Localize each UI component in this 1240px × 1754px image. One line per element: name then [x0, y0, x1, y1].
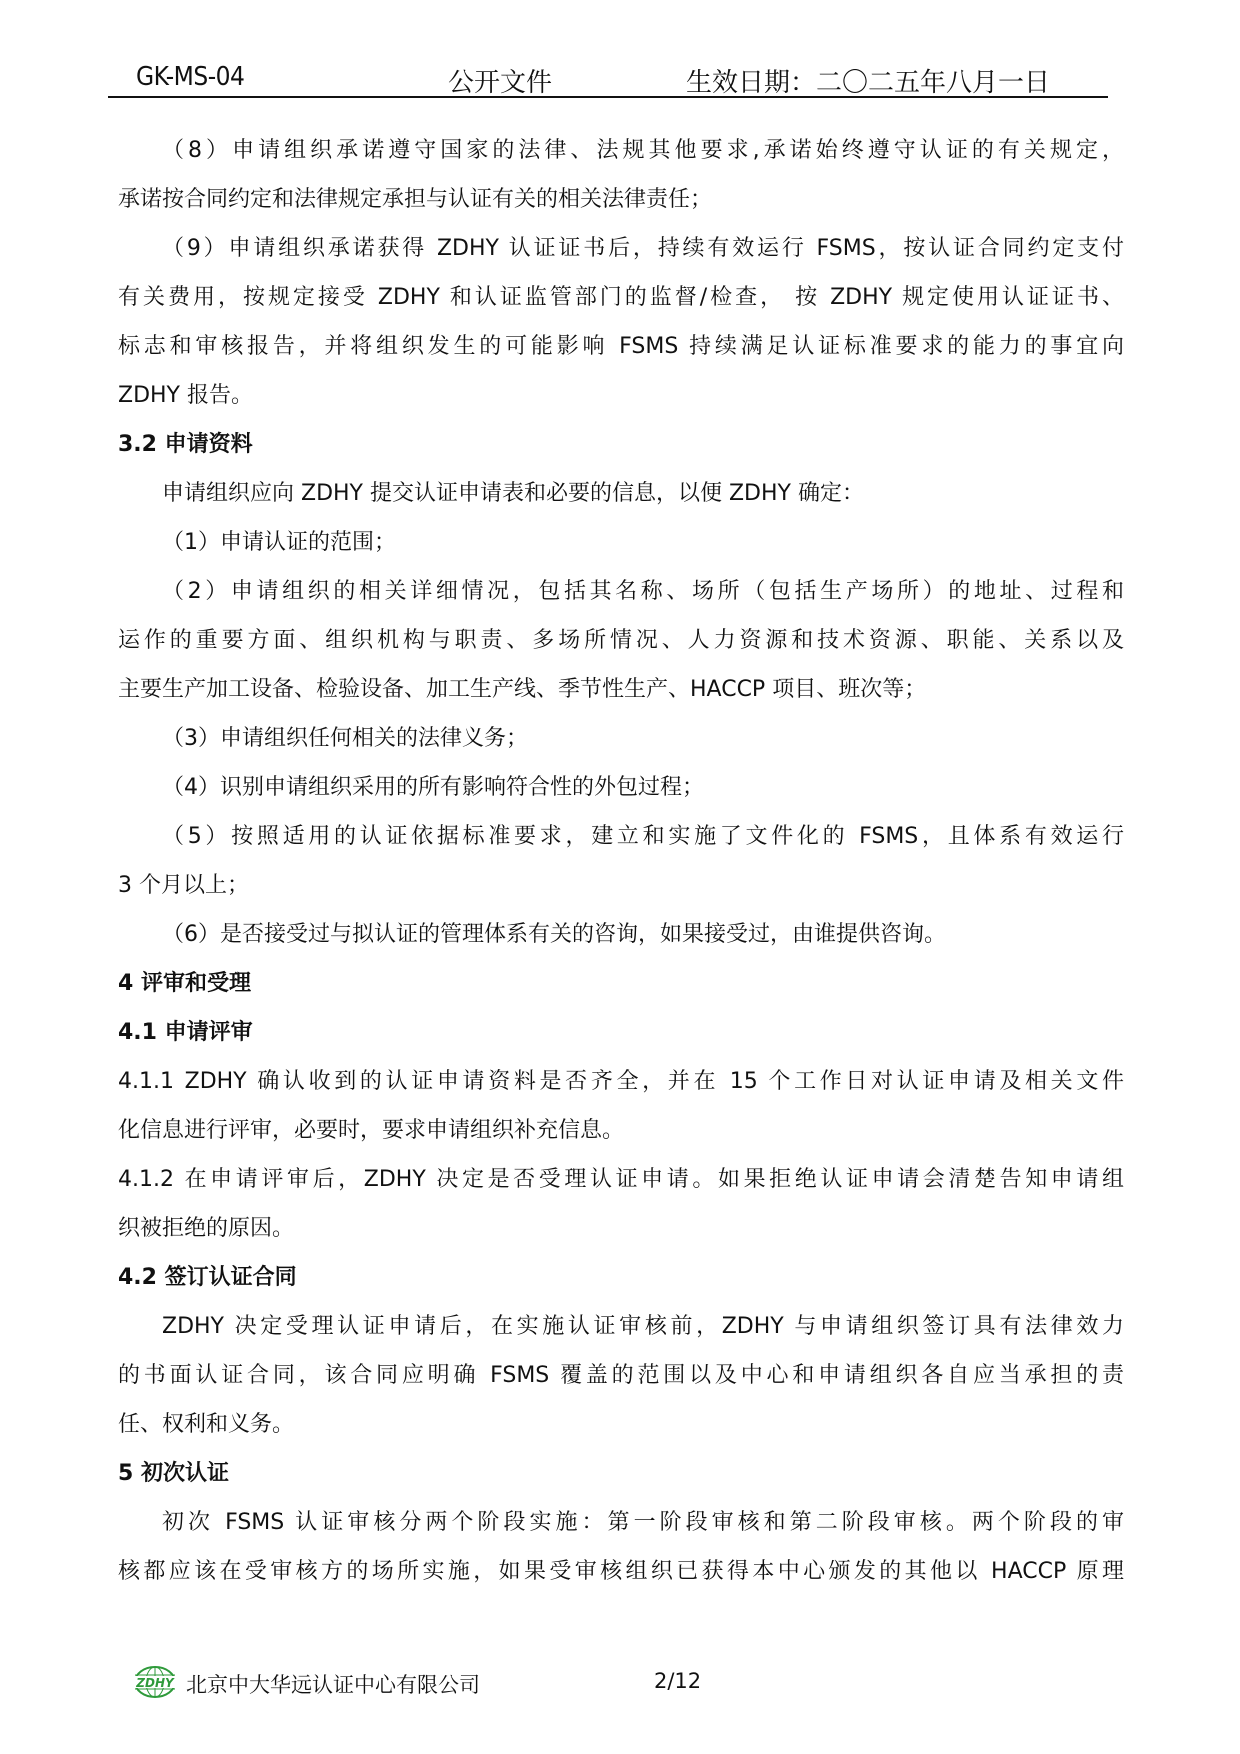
- section-heading: 3.2 申请资料: [118, 420, 1124, 469]
- paragraph-line: 任、权利和义务。: [118, 1400, 1124, 1449]
- list-item: （6）是否接受过与拟认证的管理体系有关的咨询，如果接受过，由谁提供咨询。: [118, 910, 1124, 959]
- subsection-heading: 4.1 申请评审: [118, 1008, 1124, 1057]
- subsection-heading: 4.2 签订认证合同: [118, 1253, 1124, 1302]
- page-header: GK-MS-04 公开文件 生效日期：二〇二五年八月一日: [108, 56, 1108, 96]
- section-heading: 4 评审和受理: [118, 959, 1124, 1008]
- paragraph-line: 3 个月以上；: [118, 861, 1124, 910]
- paragraph-line: 承诺按合同约定和法律规定承担与认证有关的相关法律责任；: [118, 175, 1124, 224]
- paragraph-line: 4.1.2 在申请评审后，ZDHY 决定是否受理认证申请。如果拒绝认证申请会清楚…: [118, 1155, 1124, 1204]
- paragraph-line: 的书面认证合同，该合同应明确 FSMS 覆盖的范围以及中心和申请组织各自应当承担…: [118, 1351, 1124, 1400]
- list-item: （3）申请组织任何相关的法律义务；: [118, 714, 1124, 763]
- document-classification: 公开文件: [448, 62, 552, 99]
- header-divider: [108, 96, 1108, 98]
- list-item: （1）申请认证的范围；: [118, 518, 1124, 567]
- paragraph-line: 核都应该在受审核方的场所实施，如果受审核组织已获得本中心颁发的其他以 HACCP…: [118, 1547, 1124, 1596]
- paragraph-line: 有关费用，按规定接受 ZDHY 和认证监管部门的监督/检查， 按 ZDHY 规定…: [118, 273, 1124, 322]
- section-heading: 5 初次认证: [118, 1449, 1124, 1498]
- paragraph-line: 织被拒绝的原因。: [118, 1204, 1124, 1253]
- paragraph-line: ZDHY 决定受理认证申请后，在实施认证审核前，ZDHY 与申请组织签订具有法律…: [118, 1302, 1124, 1351]
- paragraph-line: 主要生产加工设备、检验设备、加工生产线、季节性生产、HACCP 项目、班次等；: [118, 665, 1124, 714]
- page-number: 2/12: [654, 1669, 701, 1693]
- paragraph-line: 化信息进行评审，必要时，要求申请组织补充信息。: [118, 1106, 1124, 1155]
- paragraph-line: 申请组织应向 ZDHY 提交认证申请表和必要的信息，以便 ZDHY 确定：: [118, 469, 1124, 518]
- svg-text:ZDHY: ZDHY: [135, 1676, 175, 1690]
- zdhy-globe-logo-icon: ZDHY: [130, 1665, 180, 1699]
- document-body: （8）申请组织承诺遵守国家的法律、法规其他要求,承诺始终遵守认证的有关规定， 承…: [118, 126, 1124, 1596]
- paragraph-line: 初次 FSMS 认证审核分两个阶段实施：第一阶段审核和第二阶段审核。两个阶段的审: [118, 1498, 1124, 1547]
- list-item: （2）申请组织的相关详细情况，包括其名称、场所（包括生产场所）的地址、过程和: [118, 567, 1124, 616]
- list-item: （5）按照适用的认证依据标准要求，建立和实施了文件化的 FSMS，且体系有效运行: [118, 812, 1124, 861]
- paragraph-line: （9）申请组织承诺获得 ZDHY 认证证书后，持续有效运行 FSMS，按认证合同…: [118, 224, 1124, 273]
- company-name: 北京中大华远认证中心有限公司: [186, 1669, 480, 1699]
- list-item: （4）识别申请组织采用的所有影响符合性的外包过程；: [118, 763, 1124, 812]
- paragraph-line: 标志和审核报告，并将组织发生的可能影响 FSMS 持续满足认证标准要求的能力的事…: [118, 322, 1124, 371]
- paragraph-line: 4.1.1 ZDHY 确认收到的认证申请资料是否齐全，并在 15 个工作日对认证…: [118, 1057, 1124, 1106]
- page-footer: ZDHY 北京中大华远认证中心有限公司 2/12: [130, 1665, 830, 1699]
- paragraph-line: 运作的重要方面、组织机构与职责、多场所情况、人力资源和技术资源、职能、关系以及: [118, 616, 1124, 665]
- paragraph-line: ZDHY 报告。: [118, 371, 1124, 420]
- paragraph-line: （8）申请组织承诺遵守国家的法律、法规其他要求,承诺始终遵守认证的有关规定，: [118, 126, 1124, 175]
- document-code: GK-MS-04: [136, 62, 244, 92]
- effective-date: 生效日期：二〇二五年八月一日: [686, 62, 1050, 99]
